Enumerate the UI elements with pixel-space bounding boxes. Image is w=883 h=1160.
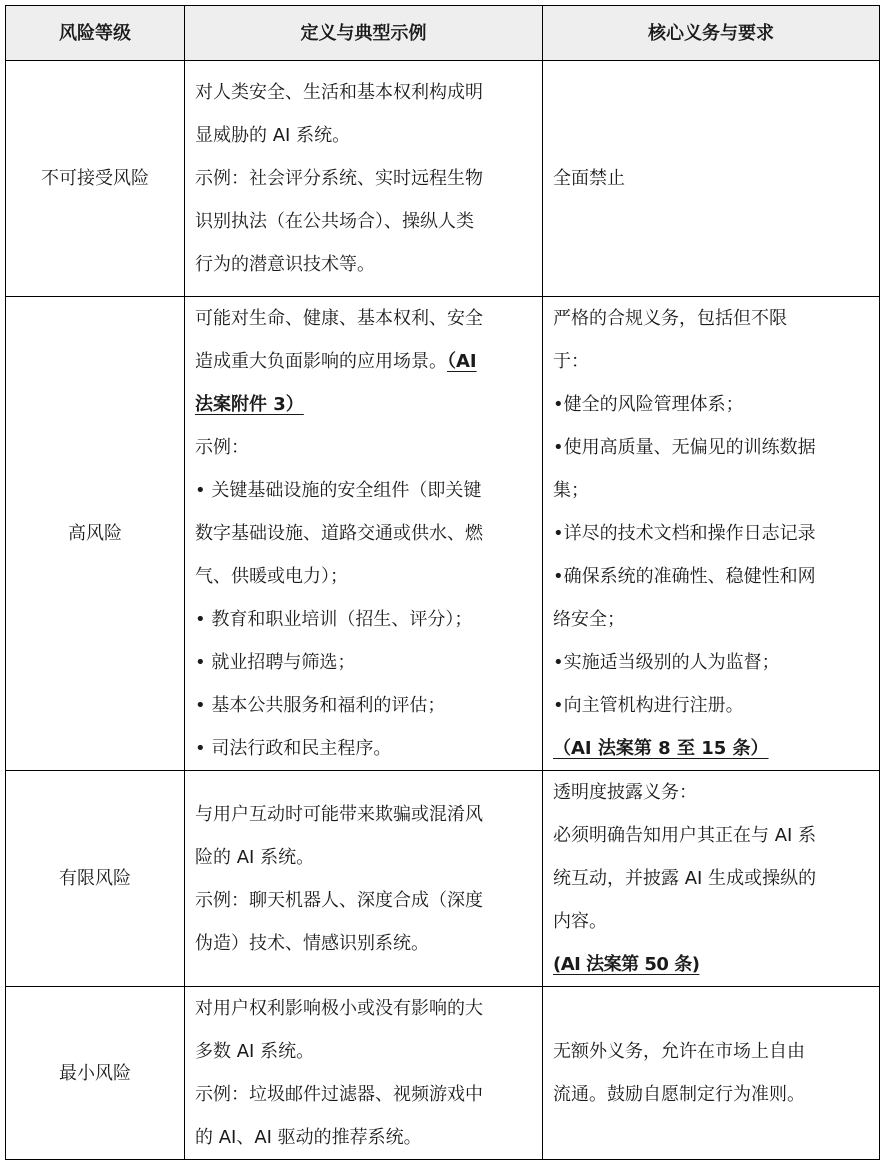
requirement-bullet: •实施适当级别的人为监督； (553, 641, 869, 684)
article-reference: (AI 法案第 50 条) (553, 943, 869, 986)
definition-bullet: • 就业招聘与筛选； (195, 641, 532, 684)
requirement-line: 全面禁止 (553, 157, 869, 200)
definition-line: 与用户互动时可能带来欺骗或混淆风 (195, 793, 532, 836)
definition-line: 气、供暖或电力）； (195, 555, 532, 598)
requirement-line: 流通。鼓励自愿制定行为准则。 (553, 1073, 869, 1116)
requirement-line: 于： (553, 340, 869, 383)
definition-line: 对人类安全、生活和基本权利构成明 (195, 71, 532, 114)
article-reference: （AI 法案第 8 至 15 条） (553, 727, 869, 770)
risk-level-cell: 不可接受风险 (6, 61, 185, 297)
risk-level-cell: 有限风险 (6, 771, 185, 987)
risk-level-table: 风险等级 定义与典型示例 核心义务与要求 不可接受风险 对人类安全、生活和基本权… (5, 5, 880, 1160)
definition-line: 行为的潜意识技术等。 (195, 243, 532, 286)
definition-line: 示例：社会评分系统、实时远程生物 (195, 157, 532, 200)
risk-level-cell: 高风险 (6, 297, 185, 771)
requirement-line: 统互动，并披露 AI 生成或操纵的 (553, 857, 869, 900)
definition-line: 示例：垃圾邮件过滤器、视频游戏中 (195, 1073, 532, 1116)
requirement-cell: 透明度披露义务： 必须明确告知用户其正在与 AI 系 统互动，并披露 AI 生成… (543, 771, 880, 987)
requirement-bullet: •确保系统的准确性、稳健性和网 (553, 555, 869, 598)
annex-reference-end: 法案附件 3） (195, 383, 532, 426)
definition-cell: 对人类安全、生活和基本权利构成明 显威胁的 AI 系统。 示例：社会评分系统、实… (185, 61, 543, 297)
definition-line: 对用户权利影响极小或没有影响的大 (195, 987, 532, 1030)
requirement-line: 严格的合规义务，包括但不限 (553, 297, 869, 340)
definition-bullet: • 基本公共服务和福利的评估； (195, 684, 532, 727)
requirement-bullet: •向主管机构进行注册。 (553, 684, 869, 727)
risk-level-cell: 最小风险 (6, 987, 185, 1160)
requirement-line: 络安全； (553, 598, 869, 641)
definition-line: 险的 AI 系统。 (195, 836, 532, 879)
definition-bullet: • 教育和职业培训（招生、评分）； (195, 598, 532, 641)
requirement-line: 必须明确告知用户其正在与 AI 系 (553, 814, 869, 857)
table-row-limited: 有限风险 与用户互动时可能带来欺骗或混淆风 险的 AI 系统。 示例：聊天机器人… (6, 771, 880, 987)
definition-text: 造成重大负面影响的应用场景。 (195, 351, 447, 372)
requirement-cell: 严格的合规义务，包括但不限 于： •健全的风险管理体系； •使用高质量、无偏见的… (543, 297, 880, 771)
definition-line: 造成重大负面影响的应用场景。（AI (195, 340, 532, 383)
definition-line: 数字基础设施、道路交通或供水、燃 (195, 512, 532, 555)
requirement-bullet: •详尽的技术文档和操作日志记录 (553, 512, 869, 555)
header-requirements: 核心义务与要求 (543, 6, 880, 61)
requirement-line: 集； (553, 469, 869, 512)
header-risk-level: 风险等级 (6, 6, 185, 61)
definition-bullet: • 司法行政和民主程序。 (195, 727, 532, 770)
definition-line: 多数 AI 系统。 (195, 1030, 532, 1073)
definition-line: 示例：聊天机器人、深度合成（深度 (195, 879, 532, 922)
requirement-line: 透明度披露义务： (553, 771, 869, 814)
definition-bullet: • 关键基础设施的安全组件（即关键 (195, 469, 532, 512)
definition-line: 伪造）技术、情感识别系统。 (195, 922, 532, 965)
annex-reference-start: （AI (447, 351, 477, 372)
table-row-high: 高风险 可能对生命、健康、基本权利、安全 造成重大负面影响的应用场景。（AI 法… (6, 297, 880, 771)
header-row: 风险等级 定义与典型示例 核心义务与要求 (6, 6, 880, 61)
definition-cell: 可能对生命、健康、基本权利、安全 造成重大负面影响的应用场景。（AI 法案附件 … (185, 297, 543, 771)
definition-cell: 与用户互动时可能带来欺骗或混淆风 险的 AI 系统。 示例：聊天机器人、深度合成… (185, 771, 543, 987)
definition-line: 示例： (195, 426, 532, 469)
definition-cell: 对用户权利影响极小或没有影响的大 多数 AI 系统。 示例：垃圾邮件过滤器、视频… (185, 987, 543, 1160)
table-row-unacceptable: 不可接受风险 对人类安全、生活和基本权利构成明 显威胁的 AI 系统。 示例：社… (6, 61, 880, 297)
requirement-line: 内容。 (553, 900, 869, 943)
requirement-bullet: •使用高质量、无偏见的训练数据 (553, 426, 869, 469)
definition-line: 显威胁的 AI 系统。 (195, 114, 532, 157)
requirement-cell: 无额外义务，允许在市场上自由 流通。鼓励自愿制定行为准则。 (543, 987, 880, 1160)
table-row-minimal: 最小风险 对用户权利影响极小或没有影响的大 多数 AI 系统。 示例：垃圾邮件过… (6, 987, 880, 1160)
requirement-line: 无额外义务，允许在市场上自由 (553, 1030, 869, 1073)
definition-line: 的 AI、AI 驱动的推荐系统。 (195, 1116, 532, 1159)
requirement-bullet: •健全的风险管理体系； (553, 383, 869, 426)
definition-line: 可能对生命、健康、基本权利、安全 (195, 297, 532, 340)
requirement-cell: 全面禁止 (543, 61, 880, 297)
definition-line: 识别执法（在公共场合）、操纵人类 (195, 200, 532, 243)
header-definition: 定义与典型示例 (185, 6, 543, 61)
